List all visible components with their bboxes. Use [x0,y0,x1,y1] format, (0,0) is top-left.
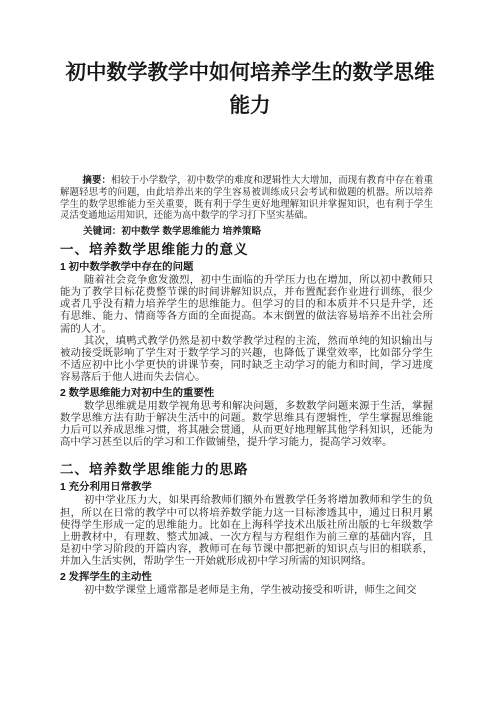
keywords-text: 初中数学 数学思维能力 培养策略 [121,226,261,237]
keywords-line: 关键词：初中数学 数学思维能力 培养策略 [60,226,433,238]
section-1-sub-2-heading: 2 数学思维能力对初中生的重要性 [60,387,433,400]
abstract-text: 相较于小学数学，初中数学的难度和逻辑性大大增加，而现有教育中存在着重解题轻思考的… [60,176,433,221]
section-1-sub-2-paragraph-1: 数学思维就是用数学视角思考和解决问题，多数数学问题来源于生活，掌握数学思维方法有… [60,401,433,449]
section-2-heading: 二、培养数学思维能力的思路 [60,461,433,478]
section-1-sub-1-heading: 1 初中数学教学中存在的问题 [60,261,433,274]
section-2-sub-1-paragraph-1: 初中学业压力大，如果再给教师们额外布置教学任务将增加教师和学生的负担，所以在日常… [60,495,433,568]
abstract-label: 摘要： [83,174,111,185]
document-body: 摘要：相较于小学数学，初中数学的难度和逻辑性大大增加，而现有教育中存在着重解题轻… [0,174,500,597]
abstract-paragraph: 摘要：相较于小学数学，初中数学的难度和逻辑性大大增加，而现有教育中存在着重解题轻… [60,174,433,223]
section-1-sub-1-paragraph-2: 其次，填鸭式教学仍然是初中数学教学过程的主流，然而单纯的知识输出与被动接受既影响… [60,336,433,384]
section-2-sub-2-heading: 2 发挥学生的主动性 [60,571,433,584]
document-title: 初中数学教学中如何培养学生的数学思维能力 [59,56,441,122]
section-1-heading: 一、培养数学思维能力的意义 [60,241,433,258]
section-1-sub-1-paragraph-1: 随着社会竞争愈发激烈，初中生面临的升学压力也在增加，所以初中教师只能为了教学目标… [60,275,433,335]
keywords-label: 关键词： [83,226,121,237]
section-2-sub-1-heading: 1 充分利用日常教学 [60,481,433,494]
document-page: 初中数学教学中如何培养学生的数学思维能力 摘要：相较于小学数学，初中数学的难度和… [0,0,500,707]
section-2-sub-2-paragraph-1: 初中数学课堂上通常都是老师是主角，学生被动接受和听讲，师生之间交 [60,585,433,597]
